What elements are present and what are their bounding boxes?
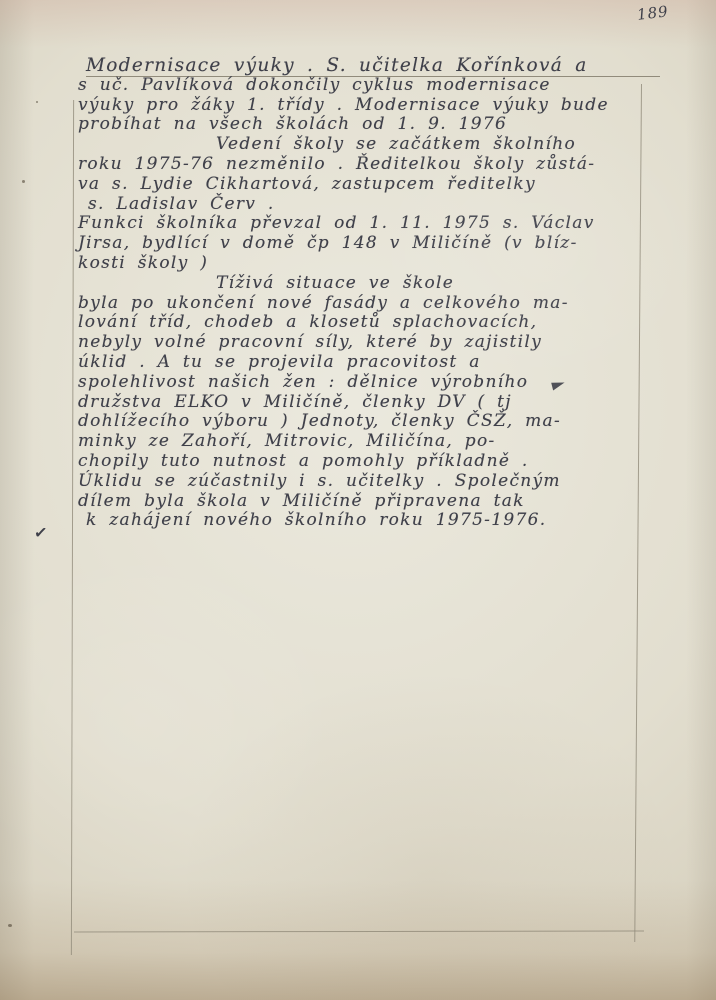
paper-speck — [8, 924, 12, 927]
margin-checkmark: ✓ — [33, 522, 48, 542]
scanned-chronicle-page: 189 Modernisace výuky . S. učitelka Koří… — [0, 0, 716, 1000]
manuscript-line: kosti školy ) — [78, 254, 656, 274]
manuscript-line: výuky pro žáky 1. třídy . Modernisace vý… — [78, 96, 656, 116]
pencil-margin-line-left — [71, 100, 74, 955]
manuscript-heading-line: Modernisace výuky . S. učitelka Kořínkov… — [86, 56, 660, 76]
manuscript-line: chopily tuto nutnost a pomohly příkladně… — [78, 452, 656, 472]
manuscript-line: družstva ELKO v Miličíně, členky DV ( tj — [78, 393, 656, 413]
manuscript-line: va s. Lydie Cikhartová, zastupcem ředite… — [78, 175, 656, 195]
manuscript-line: s. Ladislav Červ . — [88, 195, 656, 215]
manuscript-line: dílem byla škola v Miličíně připravena t… — [78, 492, 656, 512]
manuscript-line: Úklidu se zúčastnily i s. učitelky . Spo… — [78, 472, 656, 492]
manuscript-line: k zahájení nového školního roku 1975-197… — [86, 511, 656, 531]
paper-speck — [22, 180, 25, 183]
manuscript-line: minky ze Zahoří, Mitrovic, Miličína, po- — [78, 432, 656, 452]
manuscript-line: dohlížecího výboru ) Jednoty, členky ČSŽ… — [78, 412, 656, 432]
manuscript-heading-line: Tíživá situace ve škole — [216, 274, 656, 294]
manuscript-line: nebyly volné pracovní síly, které by zaj… — [78, 333, 656, 353]
manuscript-line: spolehlivost našich žen : dělnice výrobn… — [78, 373, 656, 393]
pencil-margin-line-bottom — [74, 931, 644, 933]
manuscript-line: úklid . A tu se projevila pracovitost a — [78, 353, 656, 373]
handwritten-text-block: Modernisace výuky . S. učitelka Kořínkov… — [78, 56, 656, 531]
manuscript-line: Jirsa, bydlící v domě čp 148 v Miličíně … — [78, 234, 656, 254]
paper-speck — [36, 101, 38, 103]
manuscript-heading-line: Vedení školy se začátkem školního — [216, 135, 656, 155]
manuscript-line: Funkci školníka převzal od 1. 11. 1975 s… — [78, 214, 656, 234]
page-number: 189 — [636, 2, 670, 24]
manuscript-line: probíhat na všech školách od 1. 9. 1976 — [78, 115, 656, 135]
manuscript-line: byla po ukončení nové fasády a celkového… — [78, 294, 656, 314]
manuscript-line: roku 1975-76 nezměnilo . Ředitelkou škol… — [78, 155, 656, 175]
manuscript-line: lování tříd, chodeb a klosetů splachovac… — [78, 313, 656, 333]
manuscript-line: s uč. Pavlíková dokončily cyklus moderni… — [78, 76, 656, 96]
